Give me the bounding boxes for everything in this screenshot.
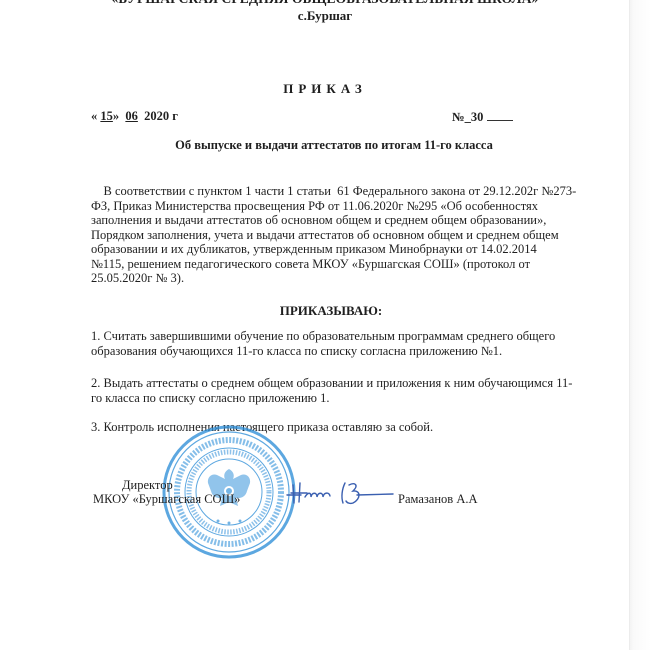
preamble-line: №115, решением педагогического совета МК… [91, 257, 591, 272]
signatory-role: Директор [122, 478, 173, 493]
preamble: В соответствии с пунктом 1 части 1 стать… [91, 184, 591, 286]
signatory-name: Рамазанов А.А [398, 492, 478, 507]
number-prefix: № [452, 110, 465, 124]
decree-heading: ПРИКАЗЫВАЮ: [0, 303, 650, 319]
handwritten-signature-icon [285, 475, 395, 515]
scan-edge [629, 0, 650, 650]
school-name: «БУРШАГСКАЯ СРЕДНЯЯ ОБЩЕОБРАЗОВАТЕЛЬНАЯ … [0, 0, 650, 7]
date-open-quote: « [91, 109, 97, 123]
order-number: №_30 [452, 109, 513, 125]
number-blank-line [487, 109, 513, 121]
date-close-quote: » [113, 109, 119, 123]
preamble-line: ФЗ, Приказ Министерства просвещения РФ о… [91, 199, 591, 214]
preamble-line: заполнения и выдачи аттестатов об основн… [91, 213, 591, 228]
preamble-line: 25.05.2020г № 3). [91, 271, 591, 286]
village-name: с.Буршаг [0, 8, 650, 24]
number-value: 30 [471, 110, 484, 124]
preamble-line: образовании и их дубликатов, утвержденны… [91, 242, 591, 257]
item-line: го класса по списку согласно приложению … [91, 391, 601, 406]
order-date: « 15» 06 2020 г [91, 109, 178, 124]
signatory-organization: МКОУ «Буршагская СОШ» [93, 492, 240, 507]
order-item-1: 1. Считать завершившими обучение по обра… [91, 329, 601, 359]
date-year: 2020 г [144, 109, 178, 123]
item-line: 2. Выдать аттестаты о среднем общем обра… [91, 376, 601, 391]
order-item-2: 2. Выдать аттестаты о среднем общем обра… [91, 376, 601, 406]
preamble-line: Порядком заполнения, учета и выдачи атте… [91, 228, 591, 243]
order-title: ПРИКАЗ [0, 81, 650, 97]
date-day: 15 [100, 109, 113, 123]
item-line: образования обучающихся 11-го класса по … [91, 344, 601, 359]
order-subject: Об выпуске и выдачи аттестатов по итогам… [0, 138, 650, 153]
preamble-line: В соответствии с пунктом 1 части 1 стать… [91, 184, 591, 199]
date-month: 06 [125, 109, 138, 123]
document-page: «БУРШАГСКАЯ СРЕДНЯЯ ОБЩЕОБРАЗОВАТЕЛЬНАЯ … [0, 0, 650, 650]
item-line: 1. Считать завершившими обучение по обра… [91, 329, 601, 344]
